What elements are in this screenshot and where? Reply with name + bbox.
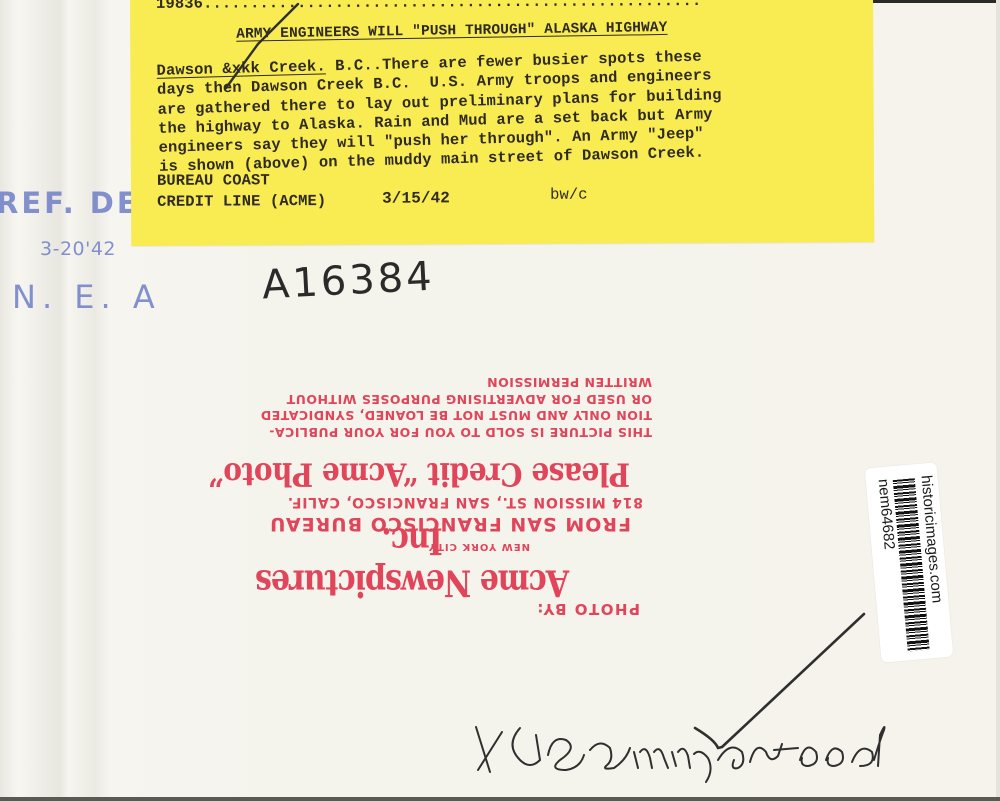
caption-date: 3/15/42 bbox=[382, 189, 450, 207]
caption-number: 19836...................................… bbox=[156, 0, 701, 13]
ref-stamp: REF. DE bbox=[0, 186, 140, 220]
bottom-edge-shadow bbox=[0, 797, 1000, 801]
credit-request: Please Credit “Acme Photo” bbox=[208, 456, 630, 494]
caption-body: Dawson &xkk Creek. B.C..There are fewer … bbox=[156, 44, 859, 178]
caption-clipping: 19836...................................… bbox=[130, 0, 874, 246]
top-edge-shadow bbox=[870, 0, 1000, 3]
photo-by-label: PHOTO BY: bbox=[536, 600, 640, 618]
handwritten-archive-id: A16384 bbox=[261, 254, 436, 309]
agency-stamp: N. E. A bbox=[12, 278, 161, 316]
received-date-stamp: 3-20'42 bbox=[40, 238, 116, 260]
acme-credit-stamp: THIS PICTURE IS SOLD TO YOU FOR YOUR PUB… bbox=[225, 358, 655, 618]
company-name: Acme Newspictures Inc. bbox=[225, 519, 600, 603]
caption-bureau: BUREAU COAST bbox=[157, 171, 270, 190]
caption-code: bw/c bbox=[550, 186, 588, 204]
bureau-address: 814 MISSION ST., SAN FRANCISCO, CALIF. bbox=[287, 494, 643, 510]
usage-notice: THIS PICTURE IS SOLD TO YOU FOR YOUR PUB… bbox=[232, 374, 652, 440]
caption-credit-line: CREDIT LINE (ACME) bbox=[157, 192, 326, 211]
right-edge bbox=[996, 0, 1000, 797]
caption-headline: ARMY ENGINEERS WILL "PUSH THROUGH" ALASK… bbox=[236, 20, 667, 43]
